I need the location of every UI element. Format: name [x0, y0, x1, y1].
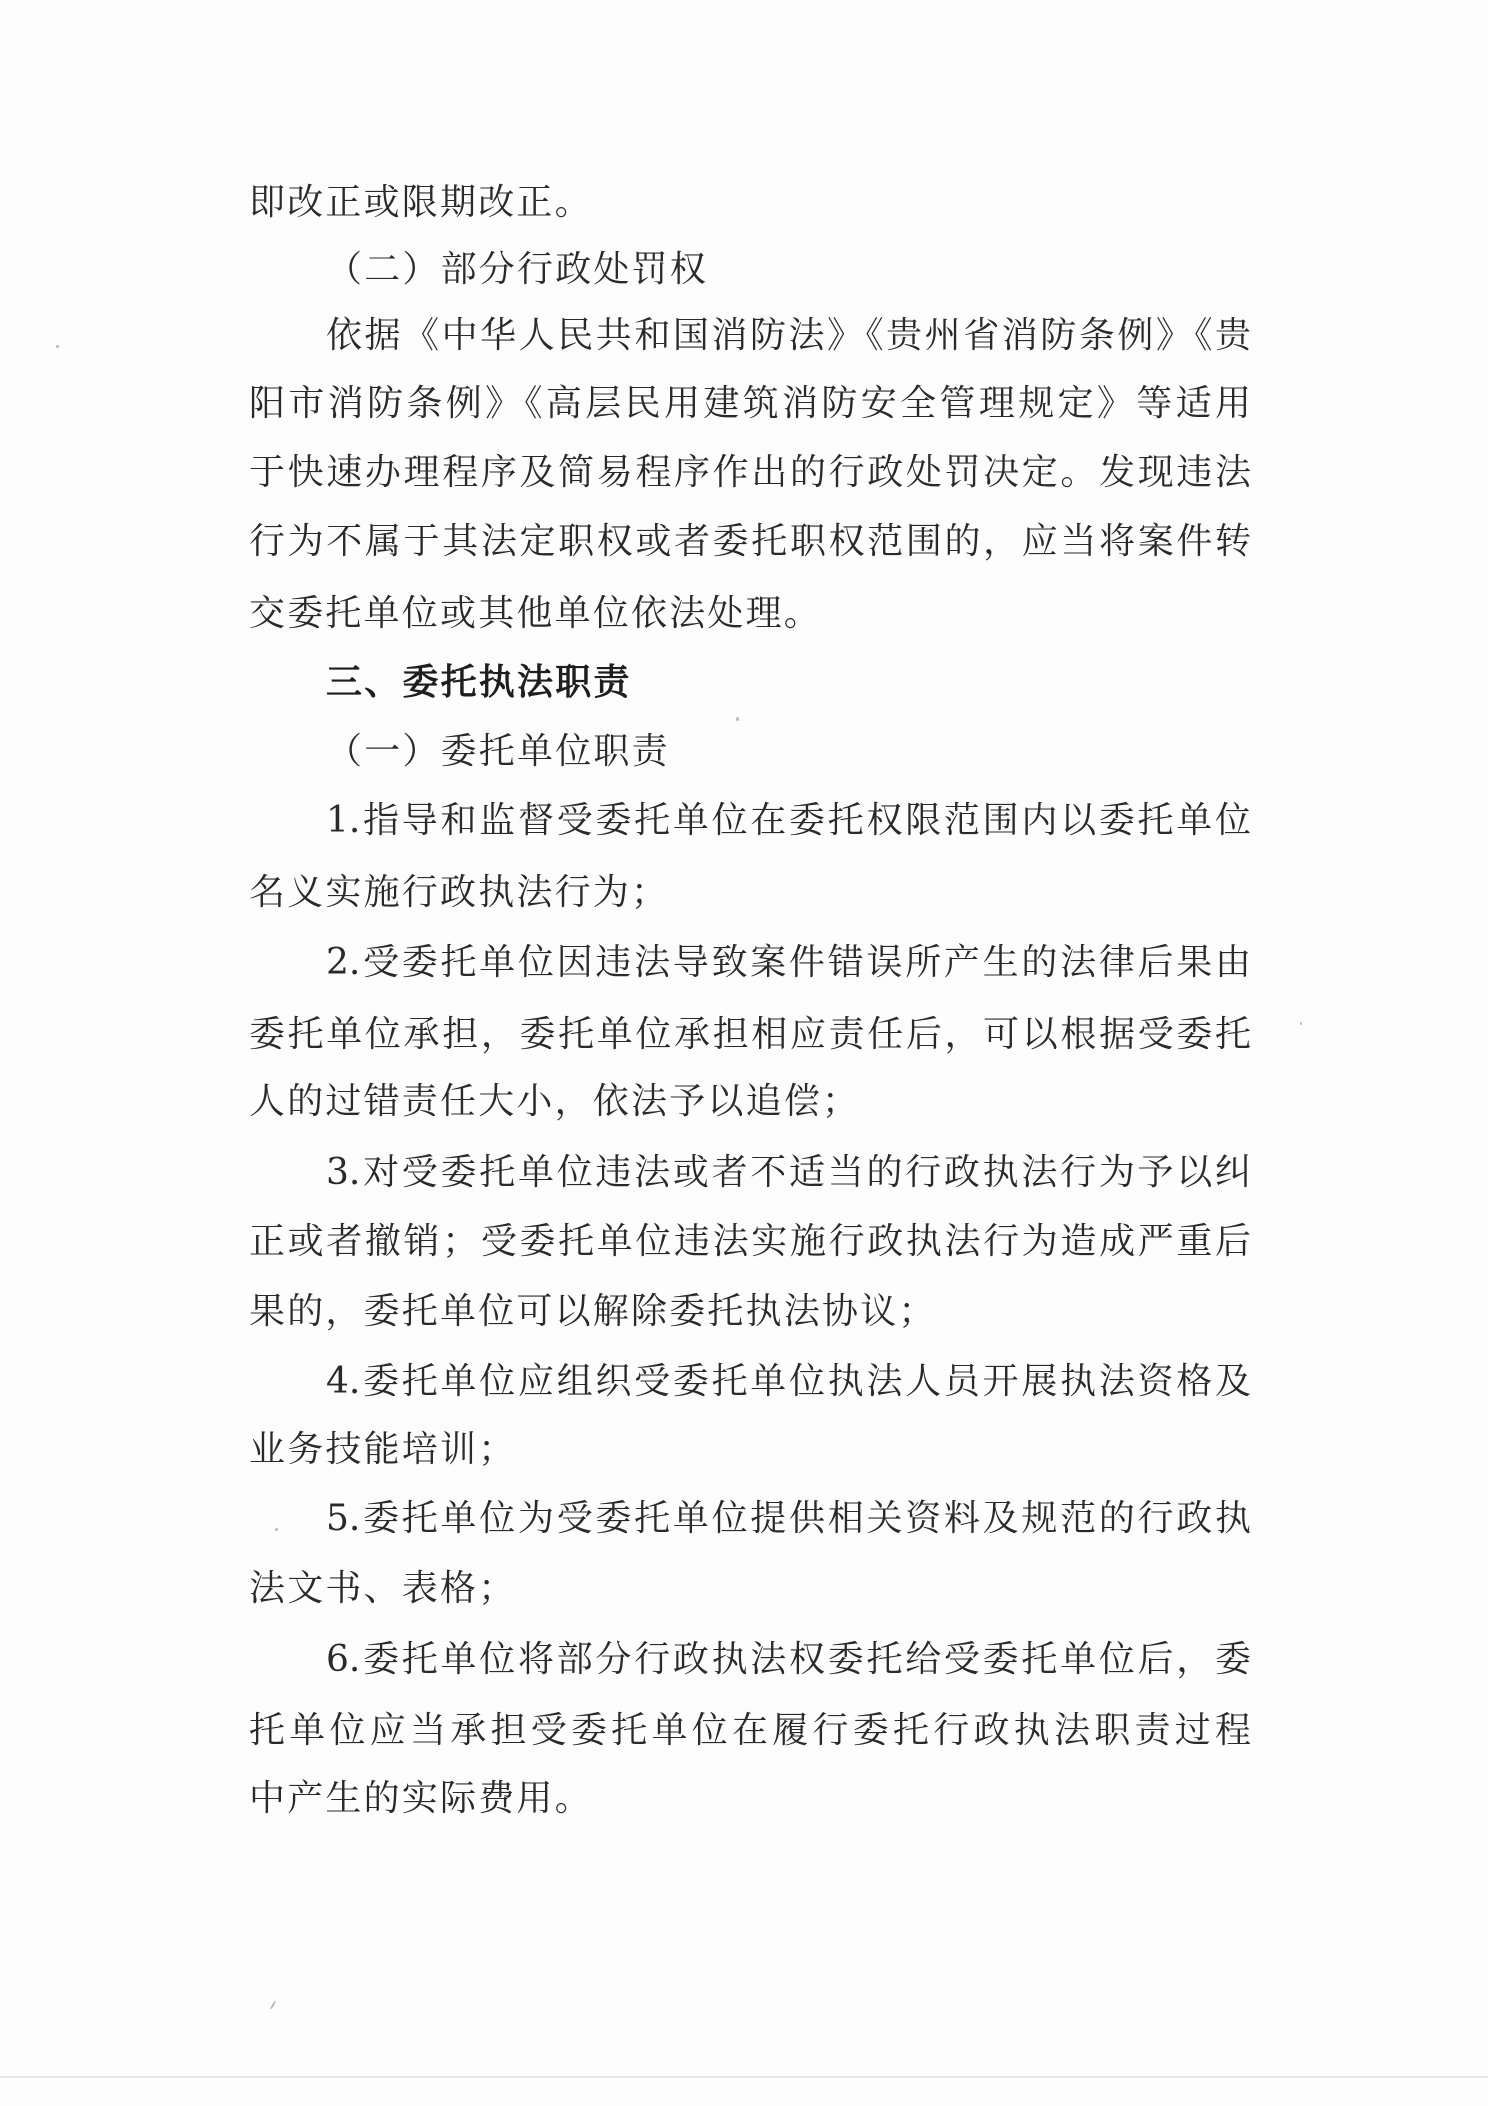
text-line: 于快速办理程序及简易程序作出的行政处罚决定。发现违法	[249, 450, 1251, 496]
scan-speck	[56, 345, 59, 348]
scan-speck	[736, 717, 739, 721]
text-line: 人的过错责任大小，依法予以追偿；	[249, 1079, 860, 1125]
text-line: 中产生的实际费用。	[249, 1776, 593, 1822]
scan-speck	[270, 2000, 277, 2010]
subsection-heading-delegating-unit-duties: （一）委托单位职责	[326, 729, 670, 775]
text-line: 3.对受委托单位违法或者不适当的行政执法行为予以纠	[326, 1150, 1251, 1196]
scanned-document-page: 即改正或限期改正。 （二）部分行政处罚权 依据《中华人民共和国消防法》《贵州省消…	[0, 0, 1488, 2106]
text-line: 托单位应当承担受委托单位在履行委托行政执法职责过程	[249, 1708, 1251, 1754]
scan-speck	[275, 1528, 278, 1531]
text-line: 1.指导和监督受委托单位在委托权限范围内以委托单位	[326, 798, 1251, 844]
text-line: 5.委托单位为受委托单位提供相关资料及规范的行政执	[326, 1496, 1251, 1542]
text-line: 名义实施行政执法行为；	[249, 870, 669, 916]
section-heading-partial-penalty-power: （二）部分行政处罚权	[326, 247, 708, 293]
text-line: 6.委托单位将部分行政执法权委托给受委托单位后，委	[326, 1637, 1251, 1683]
text-line: 4.委托单位应组织受委托单位执法人员开展执法资格及	[326, 1359, 1251, 1405]
text-line: 交委托单位或其他单位依法处理。	[249, 591, 822, 637]
text-line: 阳市消防条例》《高层民用建筑消防安全管理规定》等适用	[249, 381, 1251, 427]
text-line: 行为不属于其法定职权或者委托职权范围的，应当将案件转	[249, 519, 1251, 565]
text-line: 果的，委托单位可以解除委托执法协议；	[249, 1289, 937, 1335]
text-line: 法文书、表格；	[249, 1566, 516, 1612]
text-line: 2.受委托单位因违法导致案件错误所产生的法律后果由	[326, 940, 1251, 986]
scan-edge-line	[0, 2076, 1488, 2078]
text-line: 依据《中华人民共和国消防法》《贵州省消防条例》《贵	[326, 313, 1251, 359]
scan-speck	[1300, 1022, 1302, 1025]
text-line: 委托单位承担，委托单位承担相应责任后，可以根据受委托	[249, 1012, 1251, 1058]
text-line: 即改正或限期改正。	[249, 180, 593, 226]
section-heading-delegated-enforcement-duties: 三、委托执法职责	[326, 660, 632, 706]
text-line: 正或者撤销；受委托单位违法实施行政执法行为造成严重后	[249, 1219, 1251, 1265]
text-line: 业务技能培训；	[249, 1427, 516, 1473]
